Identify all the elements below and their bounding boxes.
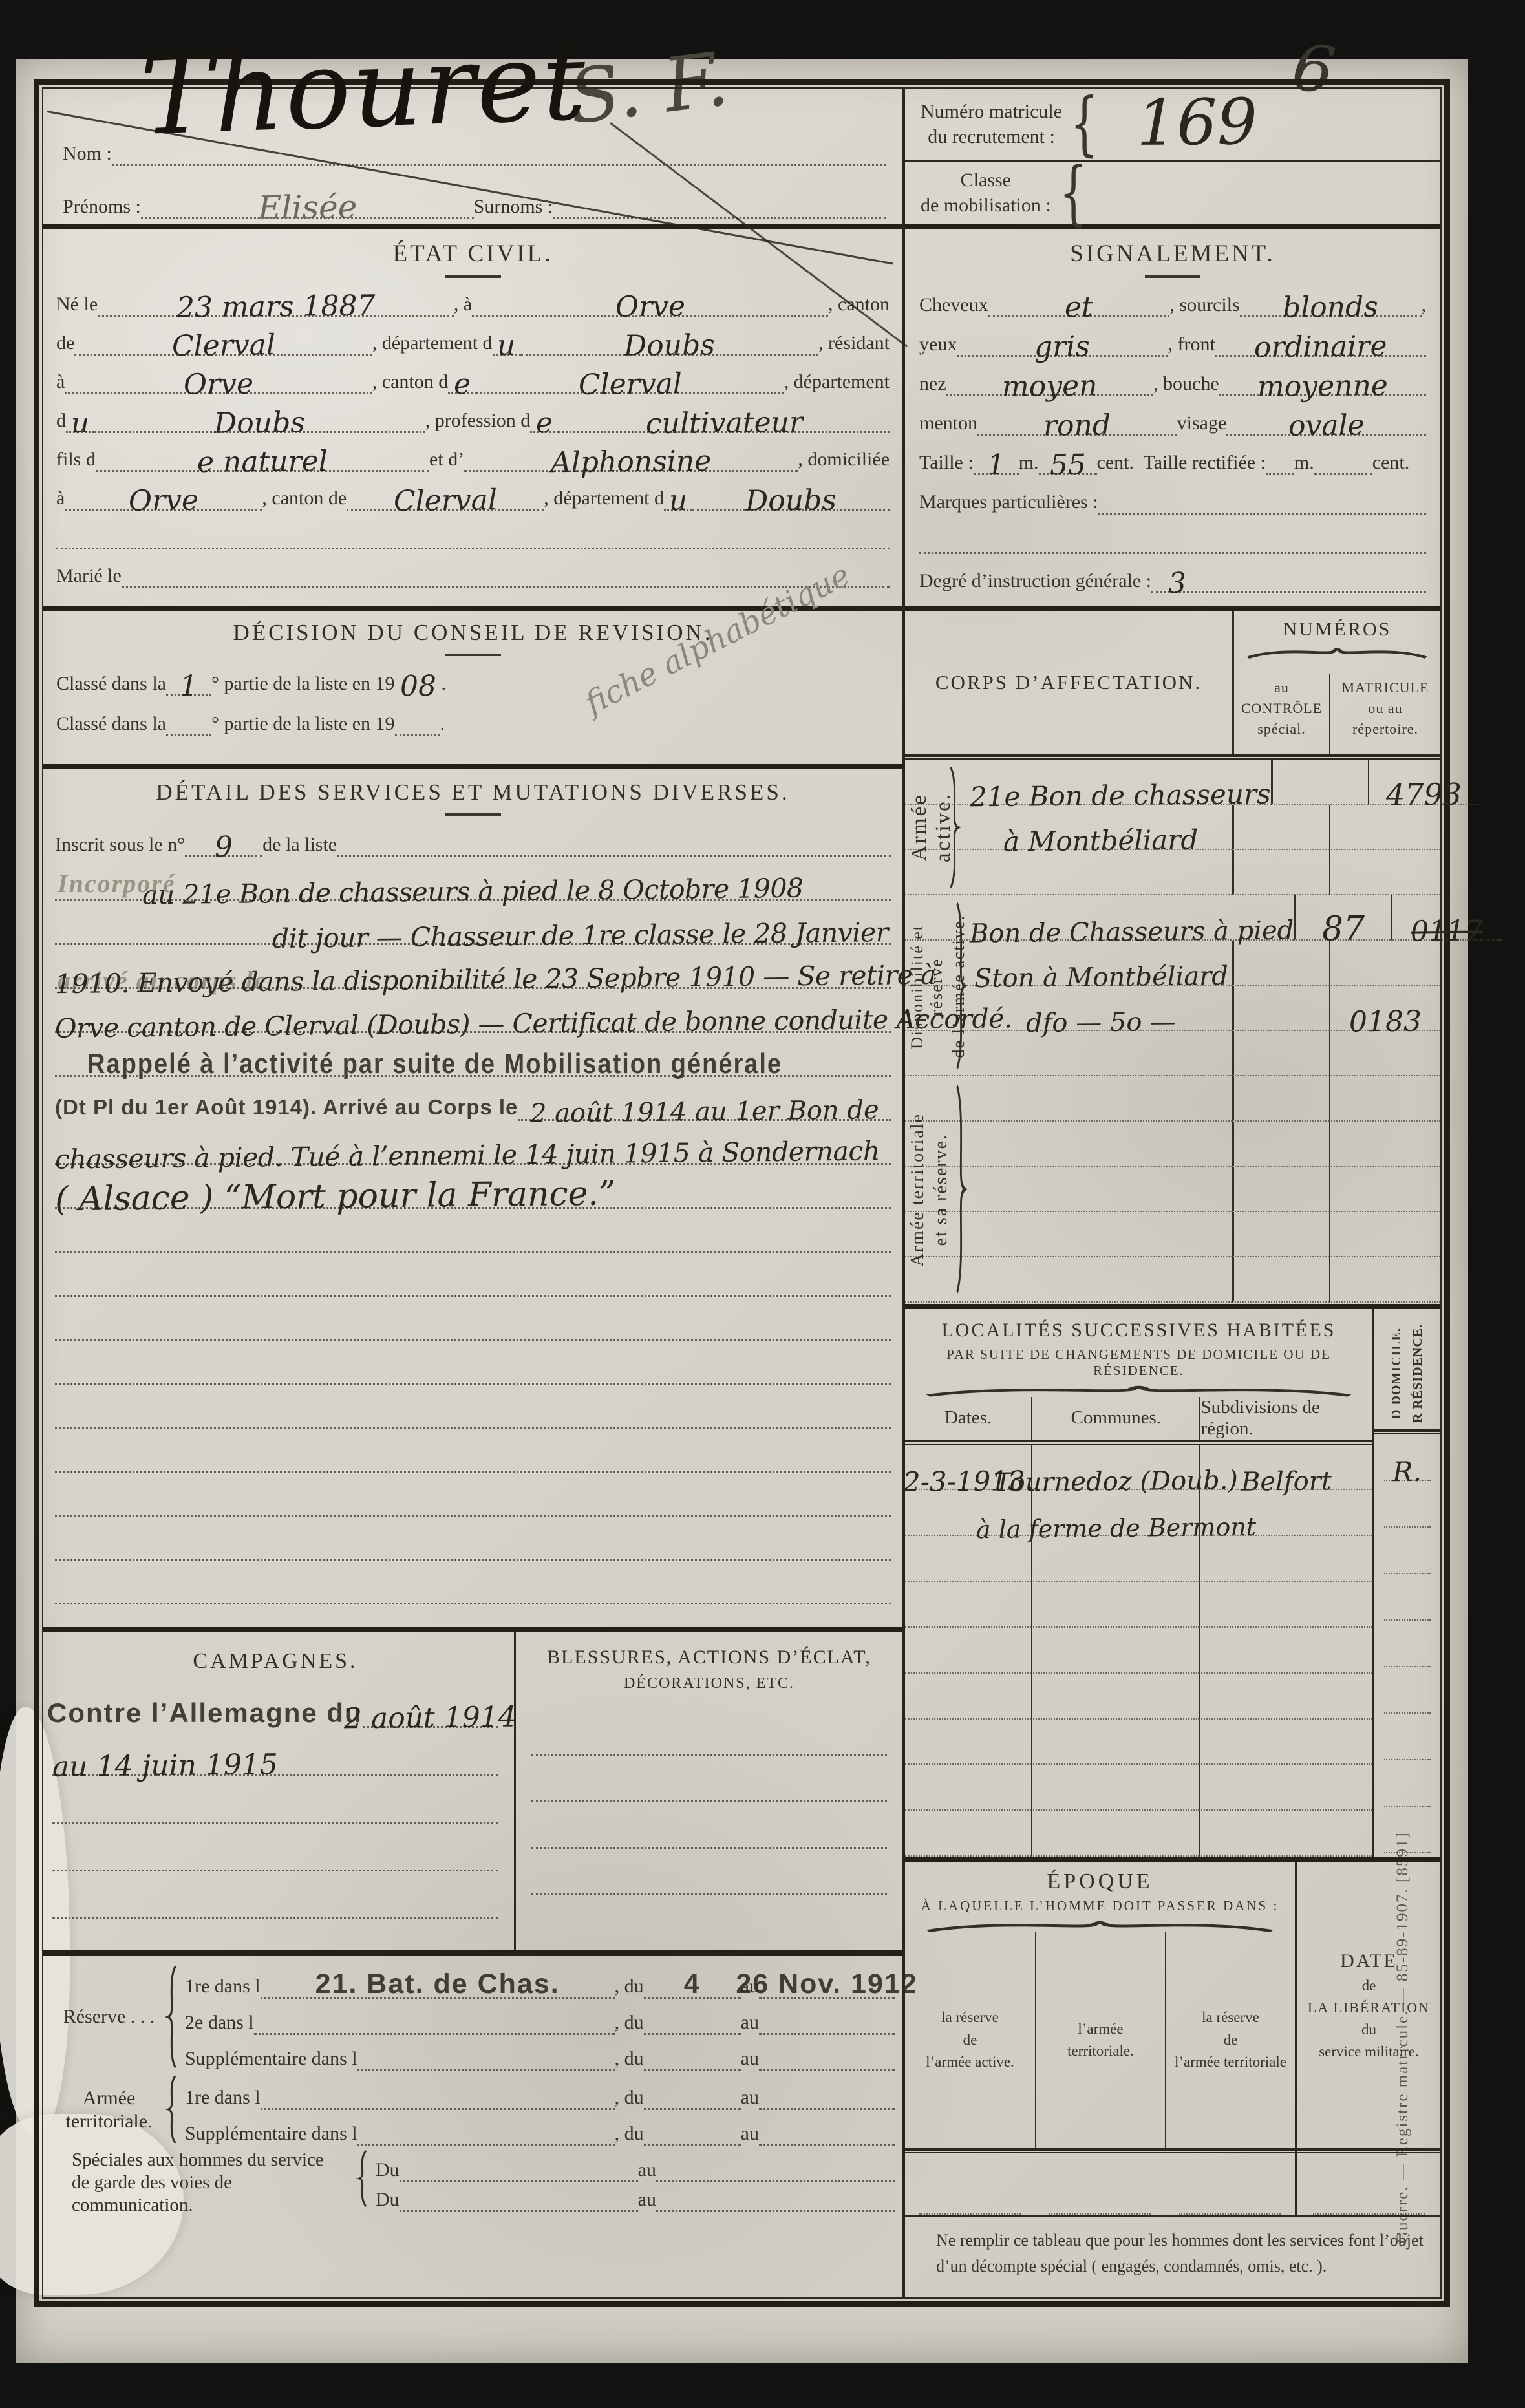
- inscrit-num-field: 9: [185, 816, 262, 857]
- prenoms-value: Elisée: [257, 195, 357, 221]
- canton-residence: Clerval: [579, 373, 682, 396]
- canton-label: , canton de: [262, 489, 347, 511]
- visage-field: ovale: [1226, 396, 1426, 436]
- disponibilite-label-1: Disponibilité et réserve: [908, 897, 946, 1076]
- corps-row: 21e Bon de chasseurs 4793: [905, 760, 1440, 805]
- empty-field: [531, 1709, 887, 1756]
- visage-value: ovale: [1288, 414, 1365, 438]
- territoriale-label-1: Armée: [52, 2087, 165, 2110]
- reserve-territoriale-col-header: la réserve de l’armée territoriale: [1165, 1932, 1295, 2148]
- classe-label: Classe de mobilisation :: [921, 167, 1051, 218]
- dotted-line: [55, 1429, 891, 1473]
- reserve-active-col-header: la réserve de l’armée active.: [905, 1932, 1035, 2148]
- yeux-value: gris: [1034, 336, 1090, 358]
- campagne-date-field: au 14 juin 1915: [52, 1728, 498, 1776]
- hw-letter-field: u: [664, 472, 692, 511]
- double-rule: [1297, 2148, 1440, 2153]
- dr-field: [1384, 1852, 1430, 1853]
- corps-table-head: CORPS D’AFFECTATION. NUMÉROS au CONTRÔLE…: [905, 611, 1440, 754]
- taille-rect-m-field: [1266, 436, 1294, 475]
- marques-label: Marques particulières :: [919, 493, 1098, 515]
- m-label: m.: [1294, 453, 1314, 475]
- corps-field: [357, 2035, 615, 2071]
- corps-field: 21. Bat. de Chas.: [261, 1963, 615, 1999]
- campagne-date-fin: au 14 juin 1915: [52, 1754, 278, 1778]
- bouche-label: , bouche: [1153, 374, 1219, 396]
- left-column: Thouret Nom : Prénoms : Elisée Surnoms :…: [43, 89, 902, 2297]
- bouche-field: moyenne: [1219, 357, 1426, 396]
- territoriale-label-2: territoriale.: [52, 2110, 165, 2133]
- matricule-l3: répertoire.: [1330, 719, 1440, 740]
- controle-value: 87: [1321, 916, 1365, 943]
- classe-label: Classé dans la: [56, 714, 166, 736]
- territoriale-label-2: et sa réserve.: [931, 1134, 952, 1246]
- au-label: au: [741, 2049, 759, 2071]
- classe-label: Classé dans la: [56, 674, 166, 696]
- service-line: ( Alsace ) “Mort pour la France.”: [55, 1165, 891, 1209]
- right-column: Numéro matricule du recrutement : { 169 …: [902, 89, 1440, 2297]
- localites-title-2: PAR SUITE DE CHANGEMENTS DE DOMICILE OU …: [905, 1347, 1372, 1379]
- epoque-title-1: ÉPOQUE: [905, 1870, 1295, 1894]
- domicile-residence-column: D DOMICILE. R RÉSIDENCE. R.: [1372, 1309, 1440, 1857]
- matricule-value: 0183: [1349, 1010, 1422, 1033]
- corps-value: Bon de Chasseurs à pied: [970, 921, 1294, 944]
- section-campagnes-blessures: CAMPAGNES. Contre l’Allemagne du 2 août …: [43, 1627, 902, 1950]
- epoque-col-headers: la réserve de l’armée active. l’armée te…: [905, 1932, 1295, 2148]
- du-field: [400, 2182, 638, 2212]
- dotted-line: [52, 1776, 498, 1824]
- col3-l3: l’armée territoriale: [1166, 2051, 1295, 2074]
- dotted-line: [55, 1253, 891, 1297]
- territoriale-group: Armée territoriale. 1re dans l , du au: [52, 2074, 895, 2146]
- menton-field: rond: [977, 396, 1177, 436]
- empty-field: [55, 1385, 891, 1429]
- dr-row: [1374, 1807, 1440, 1853]
- inscrit-label: Inscrit sous le n°: [55, 835, 185, 857]
- dr-row: [1374, 1481, 1440, 1528]
- dr-row: [1374, 1528, 1440, 1574]
- dept-naissance-field: Doubs: [521, 317, 818, 356]
- controle-cell: [1232, 850, 1329, 895]
- dept-naissance: Doubs: [624, 334, 715, 357]
- signalement-line: Cheveux et , sourcils blonds ,: [919, 278, 1426, 317]
- empty-field: [55, 1209, 891, 1253]
- a-label: , à: [454, 295, 472, 317]
- double-rule: [905, 2148, 1295, 2153]
- periode-row: 2e dans l , du au: [185, 1999, 895, 2035]
- cheveux-label: Cheveux: [919, 295, 988, 317]
- date-l5: service militaire.: [1297, 2043, 1440, 2060]
- armee-active-label: Armée active.: [908, 760, 955, 895]
- etat-line: à Orve , canton d e Clerval , départemen…: [56, 356, 890, 394]
- controle-cell: [1232, 1257, 1329, 1303]
- communes-col-header: Communes.: [1031, 1397, 1199, 1440]
- dotted-line: [55, 1209, 891, 1253]
- dept-residence-field: Doubs: [94, 394, 425, 433]
- matricule-value: 4793: [1386, 783, 1462, 807]
- partie-mid-label: ° partie de la liste en 19: [211, 674, 395, 696]
- signalement-title: SIGNALEMENT.: [919, 240, 1426, 268]
- decision-line-1: Classé dans la 1 ° partie de la liste en…: [56, 656, 890, 696]
- subdivision-cell: [1199, 1720, 1372, 1765]
- service-line: dit jour — Chasseur de 1re classe le 28 …: [55, 901, 891, 945]
- de-label: de: [56, 334, 74, 356]
- matricule-cell: [1329, 1076, 1440, 1122]
- empty-field: [55, 1253, 891, 1297]
- du-label: Du: [376, 2190, 400, 2212]
- date-l1: DATE: [1297, 1950, 1440, 1972]
- hw-letter-field: e: [448, 356, 476, 394]
- sourcils-label: , sourcils: [1169, 295, 1239, 317]
- profession-field: cultivateur: [559, 394, 890, 433]
- controle-cell: [1232, 1076, 1329, 1122]
- section-periodes: Réserve . . . 1re dans l 21. Bat. de Cha…: [43, 1950, 902, 2297]
- date-liberation-column: DATE de LA LIBÉRATION du service militai…: [1295, 1862, 1440, 2215]
- date-l2: de: [1297, 1977, 1440, 1994]
- territoriale-rail: Armée territoriale et sa réserve.: [908, 1078, 952, 1303]
- section-signalement: SIGNALEMENT. Cheveux et , sourcils blond…: [905, 224, 1440, 606]
- dr-row: [1374, 1574, 1440, 1621]
- decret-stamp: (Dt Pl du 1er Août 1914). Arrivé au Corp…: [55, 1098, 518, 1121]
- epoque-main: ÉPOQUE À LAQUELLE L’HOMME DOIT PASSER DA…: [905, 1862, 1295, 2215]
- localites-col-headers: Dates. Communes. Subdivisions de région.: [905, 1397, 1372, 1440]
- date-liberation-header: DATE de LA LIBÉRATION du service militai…: [1297, 1862, 1440, 2148]
- commune-value: à la ferme de Bermont: [976, 1517, 1256, 1539]
- double-rule: [905, 754, 1440, 760]
- speciales-rows: Du au Du au: [376, 2153, 895, 2212]
- front-value: ordinaire: [1254, 336, 1387, 359]
- row-label: 2e dans l: [185, 2013, 254, 2035]
- dotted-line: [56, 511, 890, 549]
- corps-field: [254, 1999, 615, 2035]
- campagnes-title: CAMPAGNES.: [52, 1649, 498, 1674]
- dr-row: [1374, 1667, 1440, 1714]
- hw-letter: e: [454, 374, 471, 396]
- commune-value: Tournedoz (Doub.): [994, 1471, 1238, 1493]
- prenoms-line: Prénoms : Elisée Surnoms :: [63, 186, 886, 219]
- empty-field: [52, 1824, 498, 1871]
- cent-label: cent.: [1372, 453, 1409, 475]
- localites-row: 2-3-1913. Tournedoz (Doub.) Belfort: [905, 1445, 1372, 1491]
- du-label: , du: [615, 2124, 644, 2146]
- au-label: au: [741, 2124, 759, 2146]
- au-field: 26 Nov. 1912: [759, 1963, 895, 1999]
- du-field: [644, 1999, 741, 2035]
- annee-field: [395, 696, 440, 736]
- identity-header: Thouret Nom : Prénoms : Elisée Surnoms :: [43, 89, 902, 224]
- au-label: au: [741, 2088, 759, 2110]
- departement-label: , département: [784, 372, 890, 394]
- du-label: Du: [376, 2160, 400, 2182]
- corps-row: [905, 1257, 1440, 1303]
- incorpore-stamp: Incorporé: [58, 868, 175, 899]
- col3-l2: de: [1166, 2029, 1295, 2052]
- comma: ,: [1422, 295, 1427, 317]
- epoque-row: [905, 2153, 1295, 2215]
- commune-cell: [1031, 1720, 1199, 1765]
- date-l4: du: [1297, 2021, 1440, 2038]
- subdivision-cell: [1199, 1811, 1372, 1857]
- controle-l2: CONTRÔLE: [1234, 698, 1329, 719]
- partie-mid-label: ° partie de la liste en 19: [211, 714, 395, 736]
- dotted-line: [55, 1561, 891, 1604]
- partie-field: [166, 696, 211, 736]
- localites-row: [905, 1582, 1372, 1628]
- empty-field: [52, 1776, 498, 1824]
- empty-field: [55, 1517, 891, 1561]
- du-field: [644, 2110, 741, 2146]
- dotted-line: [919, 515, 1426, 554]
- service-line: chasseurs à pied. Tué à l’ennemi le 14 j…: [55, 1121, 891, 1165]
- profession: cultivateur: [645, 411, 802, 435]
- du-field: 4: [644, 1963, 741, 1999]
- territoriale-label: Armée territoriale.: [52, 2087, 165, 2133]
- a-label: à: [56, 489, 65, 511]
- blessures-title-1: BLESSURES, ACTIONS D’ÉCLAT,: [531, 1646, 887, 1668]
- controle-cell: [1232, 1031, 1329, 1076]
- service-field: 1910. Envoyé dans la disponibilité le 23…: [55, 945, 891, 989]
- yeux-label: yeux: [919, 335, 957, 357]
- residence-header: R RÉSIDENCE.: [1411, 1317, 1425, 1429]
- naissance-date-field: 23 mars 1887: [98, 278, 454, 317]
- etat-line: Né le 23 mars 1887 , à Orve , canton: [56, 278, 890, 317]
- localites-row: [905, 1628, 1372, 1674]
- etat-line: fils d e naturel et d’ Alphonsine , domi…: [56, 433, 890, 472]
- subdivision-cell: [1199, 1674, 1372, 1720]
- nez-value: moyen: [1002, 375, 1098, 398]
- date-cell: [905, 1765, 1031, 1811]
- hw-letter: e: [536, 412, 553, 435]
- dr-row: [1374, 1621, 1440, 1667]
- residence: Orve: [184, 373, 253, 396]
- service-line: Incorporé au 21e Bon de chasseurs à pied…: [55, 857, 891, 901]
- corps-row: [905, 1167, 1440, 1212]
- services-title: DÉTAIL DES SERVICES ET MUTATIONS DIVERSE…: [55, 780, 891, 805]
- localites-main: LOCALITÉS SUCCESSIVES HABITÉES PAR SUITE…: [905, 1309, 1372, 1857]
- matricule-cell: 0117: [1391, 895, 1502, 941]
- controle-l3: spécial.: [1234, 719, 1329, 740]
- section-epoque: ÉPOQUE À LAQUELLE L’HOMME DOIT PASSER DA…: [905, 1857, 1440, 2297]
- matricule-cell: [1329, 1167, 1440, 1212]
- classe-mobilisation-cell: Classe de mobilisation : {: [905, 162, 1440, 224]
- commune-cell: Tournedoz (Doub.): [1031, 1445, 1199, 1491]
- col1-l2: de: [905, 2029, 1035, 2052]
- col1-l1: la réserve: [905, 2007, 1035, 2029]
- canton-domicile: Clerval: [394, 489, 497, 513]
- empty-field: [531, 1849, 887, 1895]
- marques-field: [1098, 475, 1426, 515]
- matricule-cell: 0183: [1329, 986, 1440, 1031]
- profession-label: , profession d: [425, 411, 530, 433]
- dotted-line: [531, 1802, 887, 1849]
- departement-label: , département d: [372, 334, 493, 356]
- service-line: Rappelé à l’activité par suite de Mobili…: [55, 1033, 891, 1077]
- au-value-stamp: 26 Nov. 1912: [736, 1972, 917, 1997]
- taille-cm-field: 55: [1039, 436, 1097, 475]
- menton-label: menton: [919, 414, 977, 436]
- matricule-header-text: MATRICULE ou au répertoire.: [1330, 674, 1440, 740]
- footnote-line-2: d’un décompte spécial ( engagés, condamn…: [936, 2254, 1424, 2279]
- brace-icon: [924, 1918, 1275, 1932]
- col3-l1: la réserve: [1166, 2007, 1295, 2029]
- bouche-value: moyenne: [1257, 375, 1388, 398]
- controle-cell: [1232, 1122, 1329, 1167]
- et-label: et d’: [429, 450, 464, 472]
- periode-row: Supplémentaire dans l , du au: [185, 2110, 895, 2146]
- hw-letter-field: u: [66, 394, 94, 433]
- service-field: 2 août 1914 au 1er Bon de: [518, 1077, 891, 1121]
- service-field: Rappelé à l’activité par suite de Mobili…: [55, 1033, 891, 1077]
- hw-letter-field: u: [493, 317, 521, 356]
- dotted-line: [55, 1473, 891, 1517]
- controle-cell: [1232, 941, 1329, 986]
- residence-field: Orve: [65, 356, 372, 394]
- au-field: [656, 2153, 895, 2182]
- section-services: DÉTAIL DES SERVICES ET MUTATIONS DIVERSE…: [43, 764, 902, 1627]
- degre-value: 3: [1168, 573, 1186, 595]
- section-etat-civil: ÉTAT CIVIL. Né le 23 mars 1887 , à Orve …: [43, 224, 902, 606]
- corps-value: 21e Bon de chasseurs: [970, 784, 1271, 809]
- corps-value: à Montbéliard: [1003, 830, 1199, 853]
- taille-cm-value: 55: [1049, 454, 1085, 476]
- front-field: ordinaire: [1215, 317, 1426, 357]
- date-cell: [905, 1674, 1031, 1720]
- hw-letter: u: [669, 490, 688, 513]
- signalement-line: nez moyen , bouche moyenne: [919, 357, 1426, 396]
- surnoms-field: [553, 186, 886, 219]
- controle-l1: au: [1234, 677, 1329, 698]
- speciales-label-2: de garde des voies de communication.: [72, 2171, 356, 2217]
- rappele-stamp: Rappelé à l’activité par suite de Mobili…: [87, 1051, 782, 1076]
- matricule-l1: MATRICULE: [1330, 677, 1440, 698]
- dotted-line: [531, 1849, 887, 1895]
- scanned-register-page: S. F. 6 Guerre. — Registre matricule. — …: [0, 0, 1525, 2408]
- controle-cell: 87: [1294, 895, 1391, 941]
- empty-field: [55, 1473, 891, 1517]
- dept-domicile-field: Doubs: [692, 472, 890, 511]
- col2-l2: territoriale.: [1036, 2040, 1165, 2063]
- armee-active-rail: Armée active.: [908, 760, 955, 895]
- commune-cell: à la ferme de Bermont: [1031, 1490, 1199, 1536]
- brace-icon: [165, 2074, 185, 2146]
- matricule-cell: [1329, 850, 1440, 895]
- epoque-title-2: À LAQUELLE L’HOMME DOIT PASSER DANS :: [905, 1898, 1295, 1914]
- numeros-label: NUMÉROS: [1283, 619, 1392, 640]
- brace-icon: {: [1059, 162, 1088, 224]
- signalement-line: yeux gris , front ordinaire: [919, 317, 1426, 357]
- front-label: , front: [1168, 335, 1215, 357]
- controle-header: au CONTRÔLE spécial.: [1232, 674, 1329, 754]
- cent-label: cent. Taille rectifiée :: [1097, 453, 1266, 475]
- controle-header-text: au CONTRÔLE spécial.: [1234, 674, 1329, 740]
- canton-residence-field: Clerval: [476, 356, 784, 394]
- au-label: au: [638, 2190, 656, 2212]
- corps-row: Bon de Chasseurs à pied 87 0117: [905, 895, 1440, 941]
- brace-icon: {: [1070, 92, 1099, 155]
- nez-label: nez: [919, 374, 946, 396]
- row-label: 1re dans l: [185, 1977, 261, 1999]
- du-label: , du: [615, 2088, 644, 2110]
- hw-letter-field: e: [530, 394, 559, 433]
- footnote-line-1: Ne remplir ce tableau que pour les homme…: [936, 2228, 1424, 2254]
- localites-row: [905, 1536, 1372, 1582]
- periode-row: 1re dans l , du au: [185, 2074, 895, 2110]
- hw-letter: u: [497, 335, 516, 357]
- corps-cell: [905, 1122, 1232, 1167]
- empty-field: [919, 515, 1426, 554]
- brace-icon: [955, 1084, 967, 1294]
- brace-icon: [356, 2149, 376, 2216]
- epoque-cell: [905, 2153, 1035, 2215]
- etat-civil-title: ÉTAT CIVIL.: [56, 240, 890, 268]
- campagne-date-field: 2 août 1914: [363, 1680, 498, 1728]
- controle-cell: [1232, 1167, 1329, 1212]
- numero-matricule-label: Numéro matricule du recrutement :: [921, 99, 1062, 149]
- campagne-date-debut: 2 août 1914: [344, 1706, 517, 1730]
- partie-field: 1: [166, 656, 211, 696]
- marie-field: [122, 549, 890, 588]
- liste-label: de la liste: [262, 835, 337, 857]
- service-line: arrivé au corps le 1910. Envoyé dans la …: [55, 945, 891, 989]
- domicilies-label: , domiciliée: [798, 450, 890, 472]
- epoque-table: ÉPOQUE À LAQUELLE L’HOMME DOIT PASSER DA…: [905, 1862, 1440, 2215]
- corps-value: dfo — 5o —: [1026, 1012, 1176, 1034]
- domicile-header: D DOMICILE.: [1389, 1317, 1404, 1429]
- periode-row: 1re dans l 21. Bat. de Chas. , du 4 au 2…: [185, 1963, 895, 1999]
- yeux-field: gris: [957, 317, 1168, 357]
- row-label: 1re dans l: [185, 2088, 261, 2110]
- period: .: [440, 714, 445, 736]
- degre-field: 3: [1151, 554, 1426, 593]
- campagne-line: Contre l’Allemagne du 2 août 1914: [52, 1680, 498, 1728]
- commune-cell: [1031, 1765, 1199, 1811]
- decision-line-2: Classé dans la ° partie de la liste en 1…: [56, 696, 890, 736]
- territoriale-rows: 1re dans l , du au Supplémentaire dans l…: [185, 2074, 895, 2146]
- ne-le-label: Né le: [56, 295, 98, 317]
- dr-field: R.: [1384, 1462, 1430, 1481]
- date-cell: [905, 1582, 1031, 1628]
- period: .: [442, 674, 447, 696]
- section-decision: fiche alphabétique DÉCISION DU CONSEIL D…: [43, 606, 902, 764]
- mere: Alphonsine: [551, 450, 712, 474]
- date-cell: [905, 1720, 1031, 1765]
- blessures-block: BLESSURES, ACTIONS D’ÉCLAT, DÉCORATIONS,…: [516, 1632, 902, 1950]
- etat-line: de Clerval , département d u Doubs , rés…: [56, 317, 890, 356]
- signalement-line: menton rond visage ovale: [919, 396, 1426, 436]
- naissance-lieu: Orve: [615, 295, 685, 318]
- speciales-label-1: Spéciales aux hommes du service: [72, 2149, 356, 2171]
- canton-label: , canton: [828, 295, 890, 317]
- matricule-cell: [1329, 1212, 1440, 1257]
- subdivision-cell: [1199, 1536, 1372, 1582]
- corps-cell: [905, 1076, 1232, 1122]
- pere-field: e naturel: [96, 433, 429, 472]
- speciales-label: Spéciales aux hommes du service de garde…: [52, 2149, 356, 2216]
- epoque-cell: [1297, 2153, 1440, 2215]
- fils-label: fils d: [56, 450, 96, 472]
- brace-icon: [924, 1383, 1354, 1397]
- dr-row: [1374, 1714, 1440, 1760]
- blessures-title-2: DÉCORATIONS, ETC.: [531, 1675, 887, 1692]
- numero-matricule-label-1: Numéro matricule: [921, 99, 1062, 124]
- au-field: [759, 1999, 895, 2035]
- localites-row: à la ferme de Bermont: [905, 1490, 1372, 1536]
- etat-line: d u Doubs , profession d e cultivateur: [56, 394, 890, 433]
- taille-rect-cm-field: [1314, 436, 1372, 475]
- taille-m-field: 1: [974, 436, 1019, 475]
- matricule-form: Thouret Nom : Prénoms : Elisée Surnoms :…: [34, 79, 1450, 2307]
- double-rule: [1374, 1429, 1440, 1434]
